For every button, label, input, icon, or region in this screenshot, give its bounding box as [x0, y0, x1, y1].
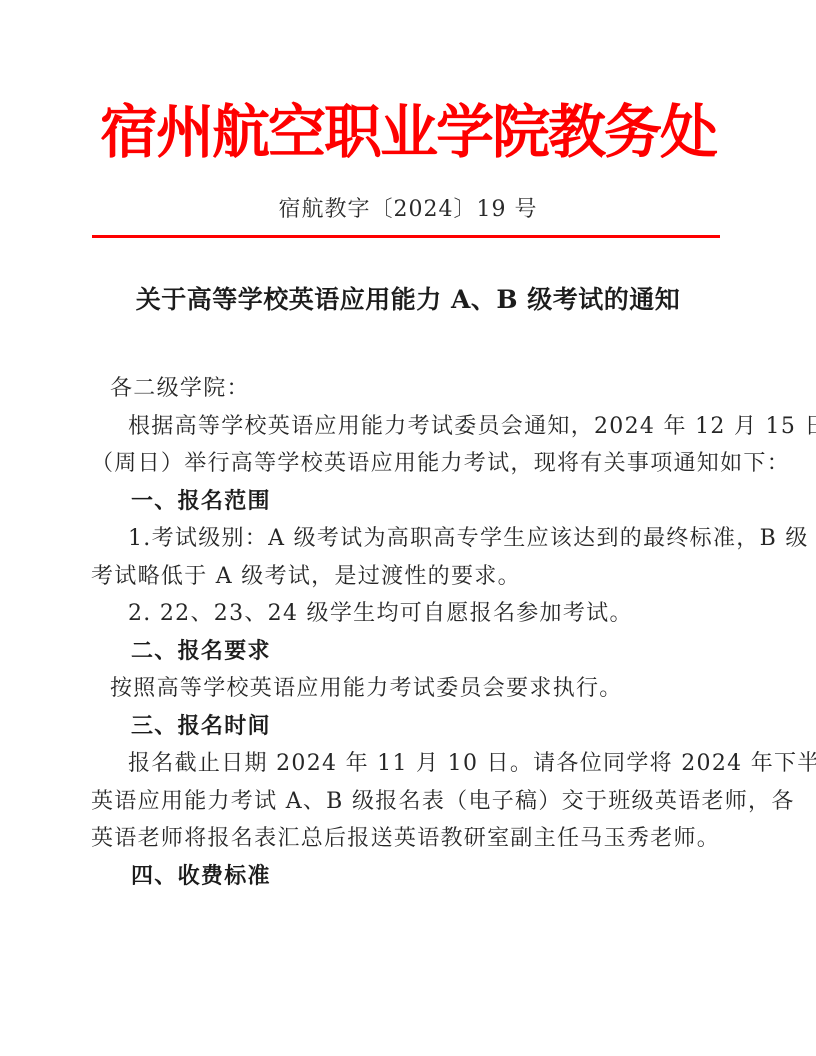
body-line: 按照高等学校英语应用能力考试委员会要求执行。 — [91, 670, 731, 708]
body-line: 英语应用能力考试 A、B 级报名表（电子稿）交于班级英语老师，各 — [91, 783, 731, 821]
section-heading-1: 一、报名范围 — [91, 483, 731, 521]
body-line: 考试略低于 A 级考试，是过渡性的要求。 — [91, 558, 731, 596]
notice-title: 关于高等学校英语应用能力 A、B 级考试的通知 — [0, 286, 816, 314]
document-page: 宿州航空职业学院教务处 宿航教字〔2024〕19 号 关于高等学校英语应用能力 … — [0, 0, 816, 1056]
section-heading-3: 三、报名时间 — [91, 708, 731, 746]
red-divider-line — [92, 235, 720, 238]
document-number: 宿航教字〔2024〕19 号 — [0, 196, 816, 224]
notice-body: 各二级学院： 根据高等学校英语应用能力考试委员会通知，2024 年 12 月 1… — [91, 370, 731, 895]
body-line: 英语老师将报名表汇总后报送英语教研室副主任马玉秀老师。 — [91, 820, 731, 858]
body-line: 2. 22、23、24 级学生均可自愿报名参加考试。 — [91, 595, 731, 633]
salutation-line: 各二级学院： — [91, 370, 731, 408]
body-line: 根据高等学校英语应用能力考试委员会通知，2024 年 12 月 15 日 — [91, 408, 731, 446]
body-line: 1.考试级别：A 级考试为高职高专学生应该达到的最终标准，B 级 — [91, 520, 731, 558]
body-line: 报名截止日期 2024 年 11 月 10 日。请各位同学将 2024 年下半年 — [91, 745, 731, 783]
body-line: （周日）举行高等学校英语应用能力考试，现将有关事项通知如下： — [91, 445, 731, 483]
section-heading-4: 四、收费标准 — [91, 858, 731, 896]
section-heading-2: 二、报名要求 — [91, 633, 731, 671]
institution-letterhead-title: 宿州航空职业学院教务处 — [0, 98, 816, 166]
